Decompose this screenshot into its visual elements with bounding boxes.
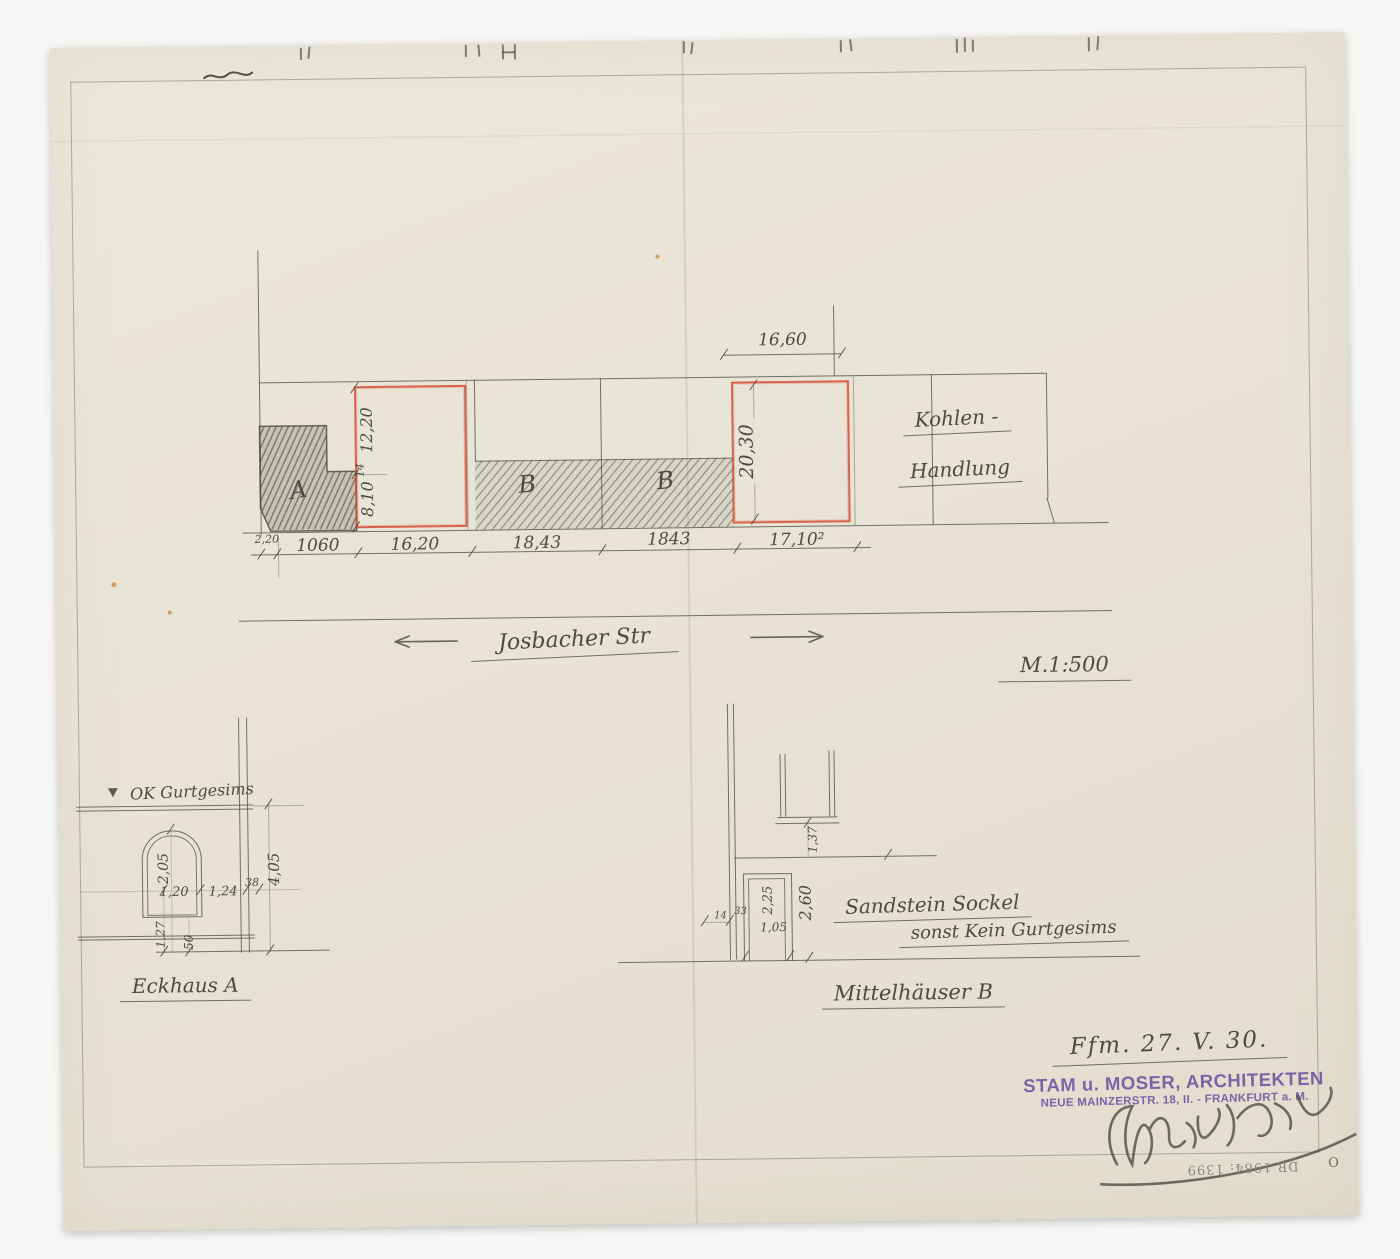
plan-panel-corner-cut — [1046, 498, 1055, 523]
plan-panel-right-line — [1046, 373, 1049, 499]
dim-tick — [701, 915, 709, 927]
plan-building-front-line — [259, 373, 1046, 384]
detail-a-wall-line2 — [246, 718, 250, 953]
plan-extension-line — [833, 305, 835, 375]
street-name-text: Josbacher Str — [470, 622, 679, 662]
top-edge-marks — [50, 32, 1345, 48]
corner-mark: O — [1328, 1156, 1339, 1171]
hatched-zone-b1 — [475, 459, 602, 530]
detail-b-caption: Mittelhäuser B — [822, 979, 1005, 1005]
dim-label-14: 14 — [353, 463, 366, 477]
dim-tick — [805, 952, 813, 964]
edge-mark — [1096, 36, 1099, 50]
panel-label-text1: Kohlen - — [902, 403, 1011, 436]
dim-stub-14b — [703, 922, 730, 923]
zone-label-b2: B — [655, 466, 676, 496]
edge-mark — [502, 51, 515, 53]
detail-a-ground-line — [156, 950, 330, 953]
detail-b-wall-line2 — [733, 704, 737, 960]
window-sill-line1 — [777, 816, 837, 818]
edge-mark — [1088, 37, 1090, 51]
window-jamb-right2 — [833, 750, 835, 816]
dim-label-405: 4,05 — [265, 852, 283, 886]
tracing-paper: A B B Kohlen - Handlung 16,60 20,30 12,2… — [50, 32, 1359, 1231]
dim-label-127: 1,27 — [154, 921, 168, 948]
detail-b-level-line — [734, 855, 937, 859]
plan-lot-divider — [853, 375, 856, 525]
horizontal-fold-crease — [51, 125, 1346, 143]
zone-a-outline — [257, 422, 360, 535]
zone-label-b1: B — [517, 469, 537, 498]
detail-a-wall-line — [238, 718, 242, 953]
dim-label-124: 1,24 — [209, 884, 238, 899]
panel-label-line2: Handlung — [898, 454, 1023, 484]
edge-mark — [972, 40, 974, 52]
signature — [1077, 1048, 1369, 1200]
dim-label-1060: 1060 — [296, 535, 340, 556]
note-sandstein: Sandstein Sockel — [833, 889, 1032, 919]
dim-label-1710: 17,10² — [769, 530, 825, 551]
window-jamb-right1 — [828, 750, 830, 816]
dim-label-1843a: 18,43 — [512, 533, 561, 554]
dim-label-120: 1,20 — [160, 885, 189, 900]
street-line — [239, 610, 1112, 622]
dim-label-38: 38 — [245, 876, 259, 889]
dim-label-1220: 12,20 — [357, 407, 377, 453]
detail-b-caption-text: Mittelhäuser B — [822, 979, 1006, 1009]
panel-label-line1: Kohlen - — [902, 403, 1011, 432]
dim-label-225: 2,25 — [761, 886, 776, 915]
edge-mark — [300, 48, 302, 60]
dim-line-1660 — [724, 353, 842, 356]
gurtgesims-ext — [253, 805, 304, 807]
dim-label-1660: 16,60 — [758, 330, 807, 351]
edge-mark — [465, 45, 467, 57]
dim-label-14b: 14 — [714, 910, 727, 921]
gurtgesims-line1 — [76, 805, 253, 809]
stain-spot — [111, 582, 116, 587]
note-sandstein-text: Sandstein Sockel — [833, 889, 1032, 923]
dim-label-1843b: 1843 — [647, 529, 691, 550]
dim-label-260: 2,60 — [796, 885, 815, 921]
panel-label-text2: Handlung — [898, 454, 1023, 488]
street-arrow-left — [387, 633, 459, 650]
border-right — [1305, 67, 1320, 1152]
border-squiggle-mark — [200, 67, 260, 86]
level-label: OK Gurtgesims — [130, 779, 255, 804]
date-note: Ffm. 27. V. 30. — [1051, 1026, 1286, 1061]
dim-label-137: 1,37 — [805, 826, 819, 853]
note-gurtgesims: sonst Kein Gurtgesims — [898, 916, 1128, 944]
stain-spot — [655, 255, 659, 259]
edge-mark — [477, 45, 480, 57]
edge-mark — [840, 40, 842, 52]
dim-label-205: 2,05 — [156, 853, 172, 884]
stain-spot — [168, 611, 172, 615]
gurtgesims-line2 — [76, 809, 253, 812]
plan-lot-divider — [474, 380, 476, 462]
street-name: Josbacher Str — [470, 622, 679, 657]
edge-mark — [690, 42, 693, 54]
scanned-drawing-sheet: A B B Kohlen - Handlung 16,60 20,30 12,2… — [0, 0, 1400, 1259]
dim-label-810: 8,10 — [358, 481, 377, 517]
detail-a-caption: Eckhaus A — [120, 973, 251, 999]
dim-label-2030: 20,30 — [735, 418, 758, 485]
window-jamb-left2 — [785, 754, 787, 817]
edge-mark — [849, 39, 852, 51]
edge-mark — [683, 41, 685, 53]
level-marker-triangle — [108, 788, 118, 797]
dim-label-1620: 16,20 — [390, 534, 439, 555]
dim-label-33: 33 — [734, 906, 747, 917]
vertical-fold-crease — [681, 40, 698, 1223]
detail-a-caption-text: Eckhaus A — [120, 973, 251, 1003]
note-gurtgesims-text: sonst Kein Gurtgesims — [898, 916, 1128, 948]
window-jamb-left1 — [780, 754, 782, 817]
detail-b-ground-line — [618, 956, 1140, 964]
dim-tick — [884, 849, 892, 861]
dim-label-50: 50 — [182, 935, 196, 950]
scale-note: M.1:500 — [998, 652, 1131, 678]
border-left — [70, 82, 85, 1167]
edge-mark — [964, 38, 966, 52]
edge-mark — [307, 47, 310, 59]
plan-panel-left-line — [931, 374, 934, 524]
street-arrow-right — [749, 628, 831, 645]
edge-mark — [956, 39, 958, 53]
scale-text: M.1:500 — [998, 652, 1131, 683]
dim-label-220: 2,20 — [255, 533, 280, 546]
dim-label-105: 1,05 — [760, 920, 787, 934]
